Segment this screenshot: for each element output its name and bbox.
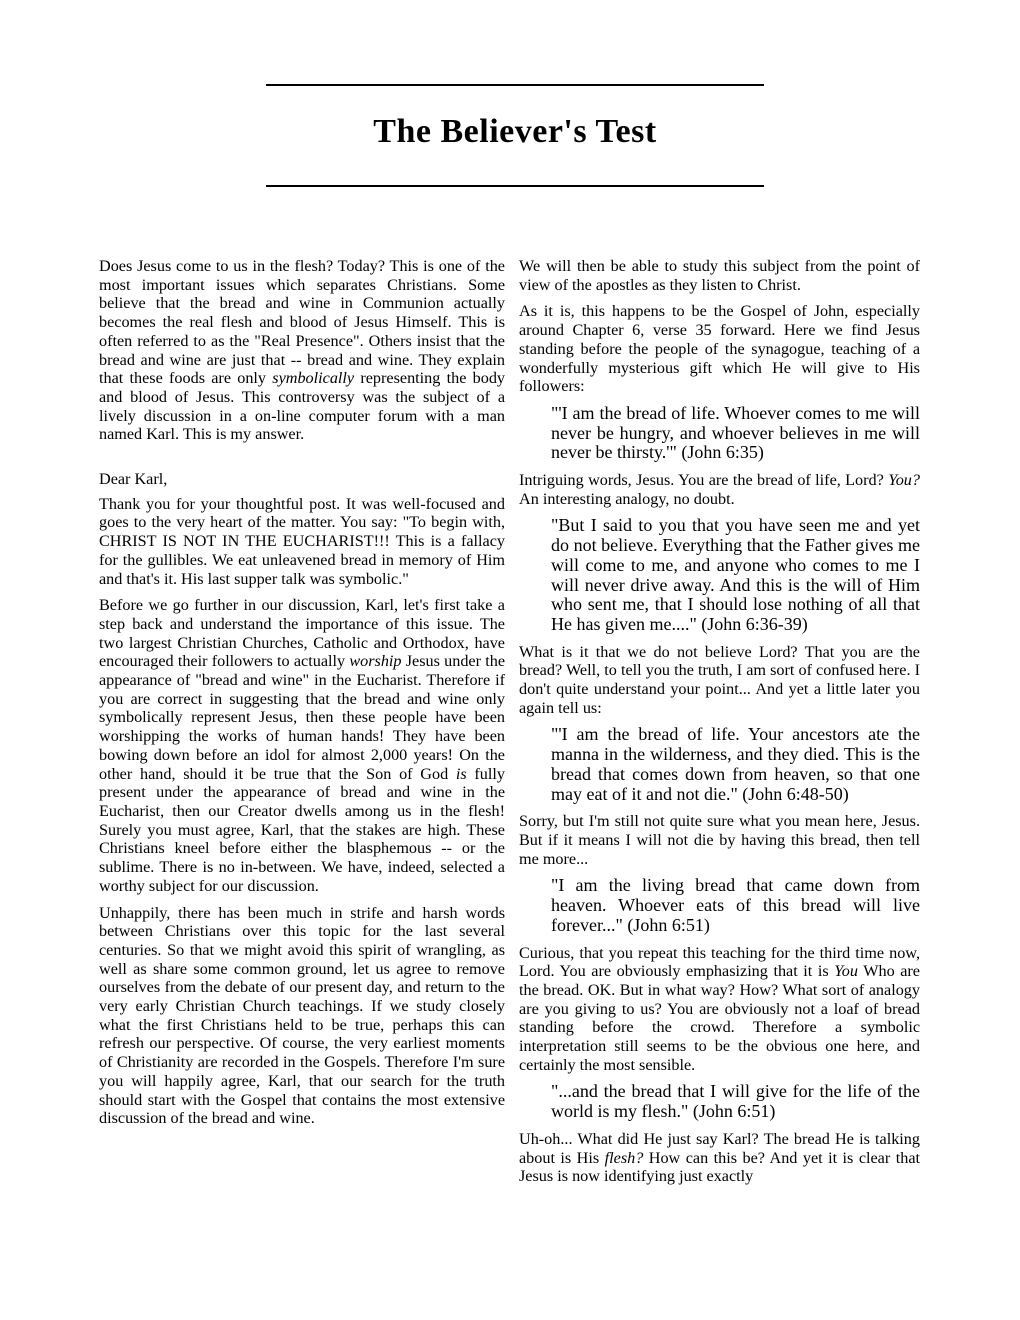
content-columns: Does Jesus come to us in the flesh? Toda…	[0, 257, 1020, 1194]
para-thank-you: Thank you for your thoughtful post. It w…	[99, 495, 505, 589]
italic-word: worship	[349, 652, 401, 670]
right-column: We will then be able to study this subje…	[519, 257, 920, 1194]
para-what-is-it: What is it that we do not believe Lord? …	[519, 643, 920, 718]
text-segment: Jesus under the appearance of "bread and…	[99, 652, 505, 782]
para-unhappily: Unhappily, there has been much in strife…	[99, 904, 505, 1128]
left-column: Does Jesus come to us in the flesh? Toda…	[99, 257, 505, 1194]
page-title: The Believer's Test	[266, 114, 764, 150]
quote-john-6-48-50: "'I am the bread of life. Your ancestors…	[551, 725, 920, 804]
text-segment: Intriguing words, Jesus. You are the bre…	[519, 471, 888, 489]
para-sorry: Sorry, but I'm still not quite sure what…	[519, 812, 920, 868]
para-as-it-is: As it is, this happens to be the Gospel …	[519, 302, 920, 396]
italic-word: symbolically	[272, 369, 354, 387]
italic-word: is	[456, 765, 467, 783]
quote-john-6-51-flesh: "...and the bread that I will give for t…	[551, 1082, 920, 1121]
italic-word: You	[834, 962, 858, 980]
italic-word: flesh?	[605, 1149, 644, 1167]
salutation: Dear Karl,	[99, 470, 505, 489]
quote-john-6-51-living-bread: "I am the living bread that came down fr…	[551, 876, 920, 935]
para-curious: Curious, that you repeat this teaching f…	[519, 944, 920, 1075]
para-we-will-then: We will then be able to study this subje…	[519, 257, 920, 294]
text-segment: Does Jesus come to us in the flesh? Toda…	[99, 257, 505, 387]
quote-john-6-36-39: "But I said to you that you have seen me…	[551, 516, 920, 634]
para-intro: Does Jesus come to us in the flesh? Toda…	[99, 257, 505, 444]
title-rule-top	[266, 84, 764, 86]
title-rule-bottom	[266, 185, 764, 187]
para-intriguing-words: Intriguing words, Jesus. You are the bre…	[519, 471, 920, 508]
para-before-we-go: Before we go further in our discussion, …	[99, 596, 505, 895]
quote-john-6-35: "'I am the bread of life. Whoever comes …	[551, 404, 920, 463]
para-uh-oh: Uh-oh... What did He just say Karl? The …	[519, 1130, 920, 1186]
document-page: The Believer's Test Does Jesus come to u…	[0, 0, 1020, 1320]
text-segment: fully present under the appearance of br…	[99, 765, 505, 895]
text-segment: An interesting analogy, no doubt.	[519, 490, 735, 508]
italic-word: You?	[888, 471, 920, 489]
